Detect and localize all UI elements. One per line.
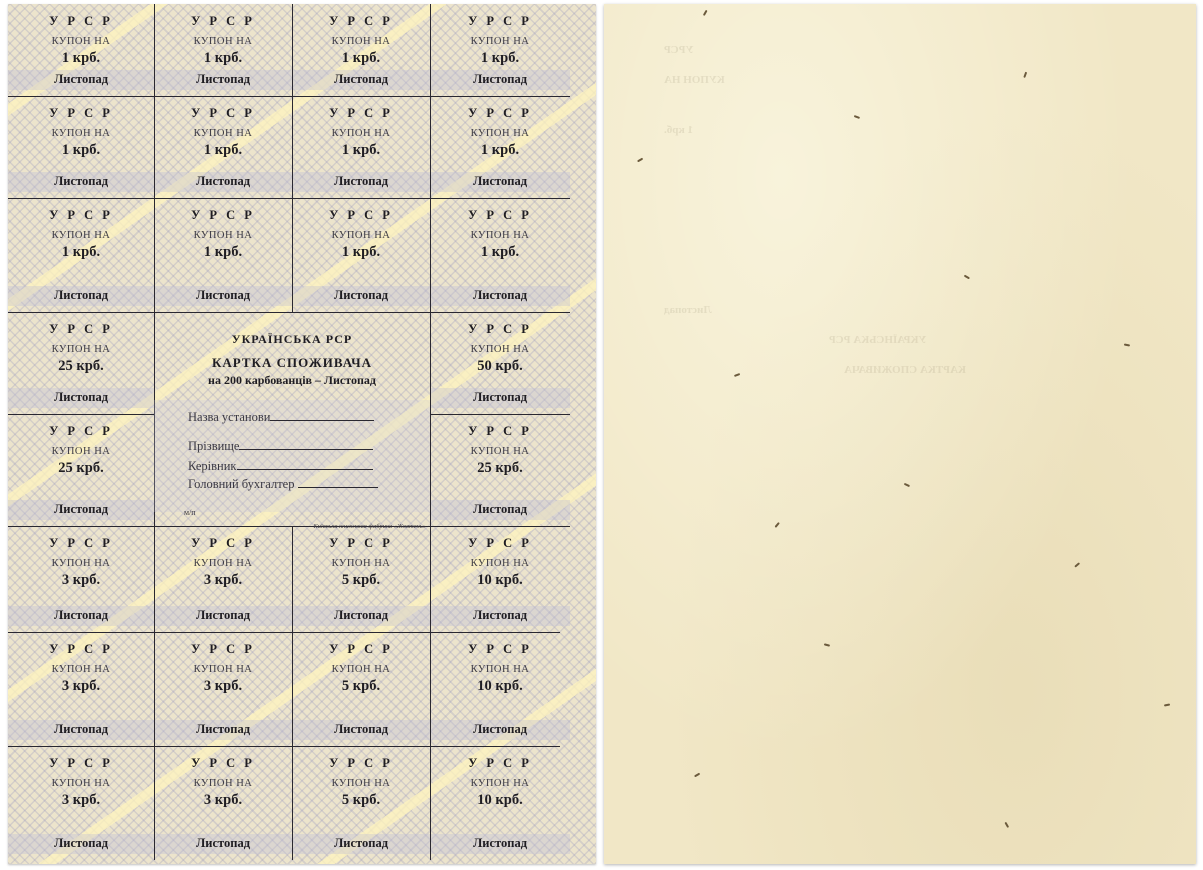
coupon-header: У Р С Р [430, 642, 570, 657]
coupon: У Р С РКУПОН НА50 крб.Листопад [430, 312, 570, 414]
coupon-amount: 3 крб. [8, 678, 154, 695]
coupon-caption: КУПОН НА [430, 664, 570, 675]
coupon-month: Листопад [154, 608, 292, 623]
coupon-amount: 25 крб. [430, 460, 570, 477]
coupon: У Р С РКУПОН НА10 крб.Листопад [430, 746, 570, 860]
coupon-caption: КУПОН НА [154, 128, 292, 139]
coupon-header: У Р С Р [154, 756, 292, 771]
coupon-amount: 3 крб. [154, 572, 292, 589]
coupon-caption: КУПОН НА [154, 778, 292, 789]
director-field[interactable]: Керівник [188, 459, 373, 474]
coupon-caption: КУПОН НА [430, 778, 570, 789]
card-republic: УКРАЇНСЬКА РСР [154, 332, 430, 347]
surname-field[interactable]: Прізвище [188, 439, 373, 454]
coupon-month: Листопад [8, 722, 154, 737]
card-title: КАРТКА СПОЖИВАЧА [154, 355, 430, 371]
coupon-month: Листопад [292, 288, 430, 303]
coupon-header: У Р С Р [8, 322, 154, 337]
coupon-caption: КУПОН НА [430, 558, 570, 569]
coupon: У Р С РКУПОН НА1 крб.Листопад [292, 96, 430, 198]
coupon-header: У Р С Р [8, 536, 154, 551]
coupon: У Р С РКУПОН НА25 крб.Листопад [8, 414, 154, 526]
show-through-text: Листопад [664, 304, 712, 316]
paper-fleck [734, 373, 740, 376]
coupon-month: Листопад [154, 836, 292, 851]
paper-fleck [1023, 72, 1026, 78]
coupon-header: У Р С Р [430, 14, 570, 29]
institution-label: Назва установи [188, 410, 270, 424]
show-through-text: КАРТКА СПОЖИВАЧА [844, 364, 966, 376]
paper-fleck [703, 10, 707, 16]
coupon: У Р С РКУПОН НА3 крб.Листопад [154, 526, 292, 632]
coupon-caption: КУПОН НА [154, 664, 292, 675]
coupon-header: У Р С Р [430, 106, 570, 121]
coupon-amount: 10 крб. [430, 792, 570, 809]
coupon-header: У Р С Р [430, 536, 570, 551]
perforation-line [8, 746, 560, 747]
coupon-header: У Р С Р [292, 14, 430, 29]
paper-fleck [694, 773, 700, 777]
surname-label: Прізвище [188, 439, 239, 453]
coupon: У Р С РКУПОН НА3 крб.Листопад [8, 632, 154, 746]
paper-fleck [1124, 343, 1130, 346]
coupon-amount: 50 крб. [430, 358, 570, 375]
coupon-caption: КУПОН НА [430, 230, 570, 241]
coupon: У Р С РКУПОН НА10 крб.Листопад [430, 526, 570, 632]
coupon-amount: 3 крб. [154, 792, 292, 809]
coupon-amount: 3 крб. [154, 678, 292, 695]
coupon-header: У Р С Р [292, 536, 430, 551]
coupon-caption: КУПОН НА [430, 446, 570, 457]
coupon-month: Листопад [430, 72, 570, 87]
director-label: Керівник [188, 459, 237, 473]
coupon-month: Листопад [8, 72, 154, 87]
perforation-line [292, 526, 293, 860]
coupon: У Р С РКУПОН НА5 крб.Листопад [292, 632, 430, 746]
coupon: У Р С РКУПОН НА3 крб.Листопад [8, 746, 154, 860]
coupon: У Р С РКУПОН НА3 крб.Листопад [8, 526, 154, 632]
coupon-amount: 1 крб. [8, 142, 154, 159]
perforation-line [8, 198, 570, 199]
coupon-header: У Р С Р [154, 14, 292, 29]
coupon-header: У Р С Р [8, 106, 154, 121]
paper-fleck [1164, 703, 1170, 706]
coupon-amount: 1 крб. [154, 142, 292, 159]
coupon: У Р С РКУПОН НА1 крб.Листопад [154, 4, 292, 96]
coupon-header: У Р С Р [292, 106, 430, 121]
coupon-month: Листопад [8, 836, 154, 851]
coupon-amount: 1 крб. [292, 244, 430, 261]
institution-field[interactable]: Назва установи [188, 410, 374, 425]
paper-fleck [1074, 562, 1080, 567]
coupon-caption: КУПОН НА [430, 128, 570, 139]
coupon-month: Листопад [430, 722, 570, 737]
coupon: У Р С РКУПОН НА5 крб.Листопад [292, 526, 430, 632]
coupon: У Р С РКУПОН НА5 крб.Листопад [292, 746, 430, 860]
coupon-amount: 1 крб. [154, 244, 292, 261]
coupon: У Р С РКУПОН НА1 крб.Листопад [8, 4, 154, 96]
coupon-month: Листопад [292, 72, 430, 87]
coupon-amount: 10 крб. [430, 678, 570, 695]
coupon-caption: КУПОН НА [430, 344, 570, 355]
coupon-caption: КУПОН НА [292, 664, 430, 675]
coupon-month: Листопад [8, 502, 154, 517]
coupon-month: Листопад [292, 722, 430, 737]
coupon-header: У Р С Р [292, 642, 430, 657]
coupon-amount: 1 крб. [8, 50, 154, 67]
coupon-amount: 1 крб. [154, 50, 292, 67]
coupon-month: Листопад [8, 390, 154, 405]
coupon-amount: 3 крб. [8, 572, 154, 589]
coupon-amount: 1 крб. [292, 142, 430, 159]
coupon-month: Листопад [292, 608, 430, 623]
coupon-caption: КУПОН НА [8, 558, 154, 569]
paper-fleck [964, 275, 970, 279]
coupon: У Р С РКУПОН НА1 крб.Листопад [154, 198, 292, 312]
coupon-header: У Р С Р [8, 642, 154, 657]
coupon-amount: 5 крб. [292, 678, 430, 695]
show-through-text: 1 крб. [664, 124, 693, 136]
paper-fleck [774, 522, 779, 528]
coupon-month: Листопад [8, 174, 154, 189]
coupon-caption: КУПОН НА [154, 558, 292, 569]
coupon-caption: КУПОН НА [8, 128, 154, 139]
paper-fleck [637, 158, 643, 162]
ration-sheet-back: УРСРКУПОН НА1 крб.КАРТКА СПОЖИВАЧАУКРАЇН… [604, 4, 1196, 864]
coupon-header: У Р С Р [430, 424, 570, 439]
coupon-caption: КУПОН НА [8, 664, 154, 675]
stamp-mark: м/п [184, 508, 196, 517]
paper-fleck [854, 115, 860, 118]
coupon: У Р С РКУПОН НА3 крб.Листопад [154, 632, 292, 746]
coupon: У Р С РКУПОН НА3 крб.Листопад [154, 746, 292, 860]
coupon-header: У Р С Р [8, 208, 154, 223]
coupon-caption: КУПОН НА [8, 446, 154, 457]
coupon-amount: 10 крб. [430, 572, 570, 589]
coupon-month: Листопад [430, 174, 570, 189]
coupon-header: У Р С Р [154, 106, 292, 121]
coupon-month: Листопад [430, 608, 570, 623]
accountant-field[interactable]: Головний бухгалтер [188, 477, 378, 492]
coupon-caption: КУПОН НА [292, 558, 430, 569]
coupon-month: Листопад [154, 174, 292, 189]
coupon: У Р С РКУПОН НА25 крб.Листопад [8, 312, 154, 414]
coupon-header: У Р С Р [8, 14, 154, 29]
coupon-caption: КУПОН НА [292, 230, 430, 241]
coupon-caption: КУПОН НА [8, 36, 154, 47]
perforation-line [8, 632, 560, 633]
coupon-month: Листопад [430, 390, 570, 405]
coupon-month: Листопад [154, 722, 292, 737]
printer-imprint: Київська книжкова фабрика «Жовтень» [313, 523, 426, 530]
coupon-amount: 1 крб. [8, 244, 154, 261]
coupon-month: Листопад [8, 608, 154, 623]
coupon-header: У Р С Р [154, 208, 292, 223]
show-through-text: КУПОН НА [664, 74, 725, 86]
coupon: У Р С РКУПОН НА1 крб.Листопад [292, 4, 430, 96]
coupon-month: Листопад [292, 836, 430, 851]
coupon-header: У Р С Р [154, 536, 292, 551]
perforation-line [8, 96, 570, 97]
coupon: У Р С РКУПОН НА1 крб.Листопад [430, 4, 570, 96]
coupon-caption: КУПОН НА [8, 230, 154, 241]
coupon-month: Листопад [430, 836, 570, 851]
coupon-header: У Р С Р [430, 756, 570, 771]
perforation-line [292, 4, 293, 312]
card-subtitle: на 200 карбованців – Листопад [154, 373, 430, 388]
coupon-header: У Р С Р [292, 208, 430, 223]
coupon-caption: КУПОН НА [292, 128, 430, 139]
show-through-text: УРСР [664, 44, 694, 56]
coupon-caption: КУПОН НА [292, 36, 430, 47]
coupon-caption: КУПОН НА [430, 36, 570, 47]
coupon-header: У Р С Р [154, 642, 292, 657]
paper-fleck [904, 483, 910, 487]
coupon-amount: 1 крб. [430, 244, 570, 261]
ration-sheet-front: У Р С РКУПОН НА1 крб.ЛистопадУ Р С РКУПО… [8, 4, 596, 864]
coupon: У Р С РКУПОН НА1 крб.Листопад [8, 96, 154, 198]
coupon-amount: 1 крб. [292, 50, 430, 67]
coupon: У Р С РКУПОН НА1 крб.Листопад [292, 198, 430, 312]
coupon-month: Листопад [8, 288, 154, 303]
coupon-amount: 25 крб. [8, 460, 154, 477]
coupon-header: У Р С Р [430, 208, 570, 223]
coupon-caption: КУПОН НА [292, 778, 430, 789]
paper-fleck [1005, 822, 1009, 828]
coupon-month: Листопад [154, 288, 292, 303]
coupon-amount: 1 крб. [430, 50, 570, 67]
coupon-amount: 5 крб. [292, 792, 430, 809]
show-through-text: УКРАЇНСЬКА РСР [829, 334, 927, 346]
perforation-line [8, 414, 154, 415]
coupon: У Р С РКУПОН НА1 крб.Листопад [430, 96, 570, 198]
coupon-caption: КУПОН НА [154, 230, 292, 241]
coupon: У Р С РКУПОН НА1 крб.Листопад [430, 198, 570, 312]
accountant-label: Головний бухгалтер [188, 477, 294, 491]
coupon-month: Листопад [430, 288, 570, 303]
coupon-amount: 5 крб. [292, 572, 430, 589]
coupon: У Р С РКУПОН НА25 крб.Листопад [430, 414, 570, 526]
perforation-line [430, 414, 570, 415]
coupon-amount: 1 крб. [430, 142, 570, 159]
coupon-header: У Р С Р [8, 424, 154, 439]
coupon-caption: КУПОН НА [8, 778, 154, 789]
coupon-caption: КУПОН НА [154, 36, 292, 47]
coupon: У Р С РКУПОН НА1 крб.Листопад [8, 198, 154, 312]
coupon: У Р С РКУПОН НА10 крб.Листопад [430, 632, 570, 746]
coupon-month: Листопад [292, 174, 430, 189]
perforation-line [8, 312, 570, 313]
coupon-caption: КУПОН НА [8, 344, 154, 355]
coupon-header: У Р С Р [8, 756, 154, 771]
coupon: У Р С РКУПОН НА1 крб.Листопад [154, 96, 292, 198]
consumer-card: УКРАЇНСЬКА РСРКАРТКА СПОЖИВАЧАна 200 кар… [154, 316, 430, 534]
coupon-header: У Р С Р [430, 322, 570, 337]
coupon-amount: 3 крб. [8, 792, 154, 809]
coupon-header: У Р С Р [292, 756, 430, 771]
perforation-line [430, 4, 431, 860]
coupon-amount: 25 крб. [8, 358, 154, 375]
coupon-month: Листопад [154, 72, 292, 87]
paper-fleck [824, 643, 830, 646]
coupon-month: Листопад [430, 502, 570, 517]
